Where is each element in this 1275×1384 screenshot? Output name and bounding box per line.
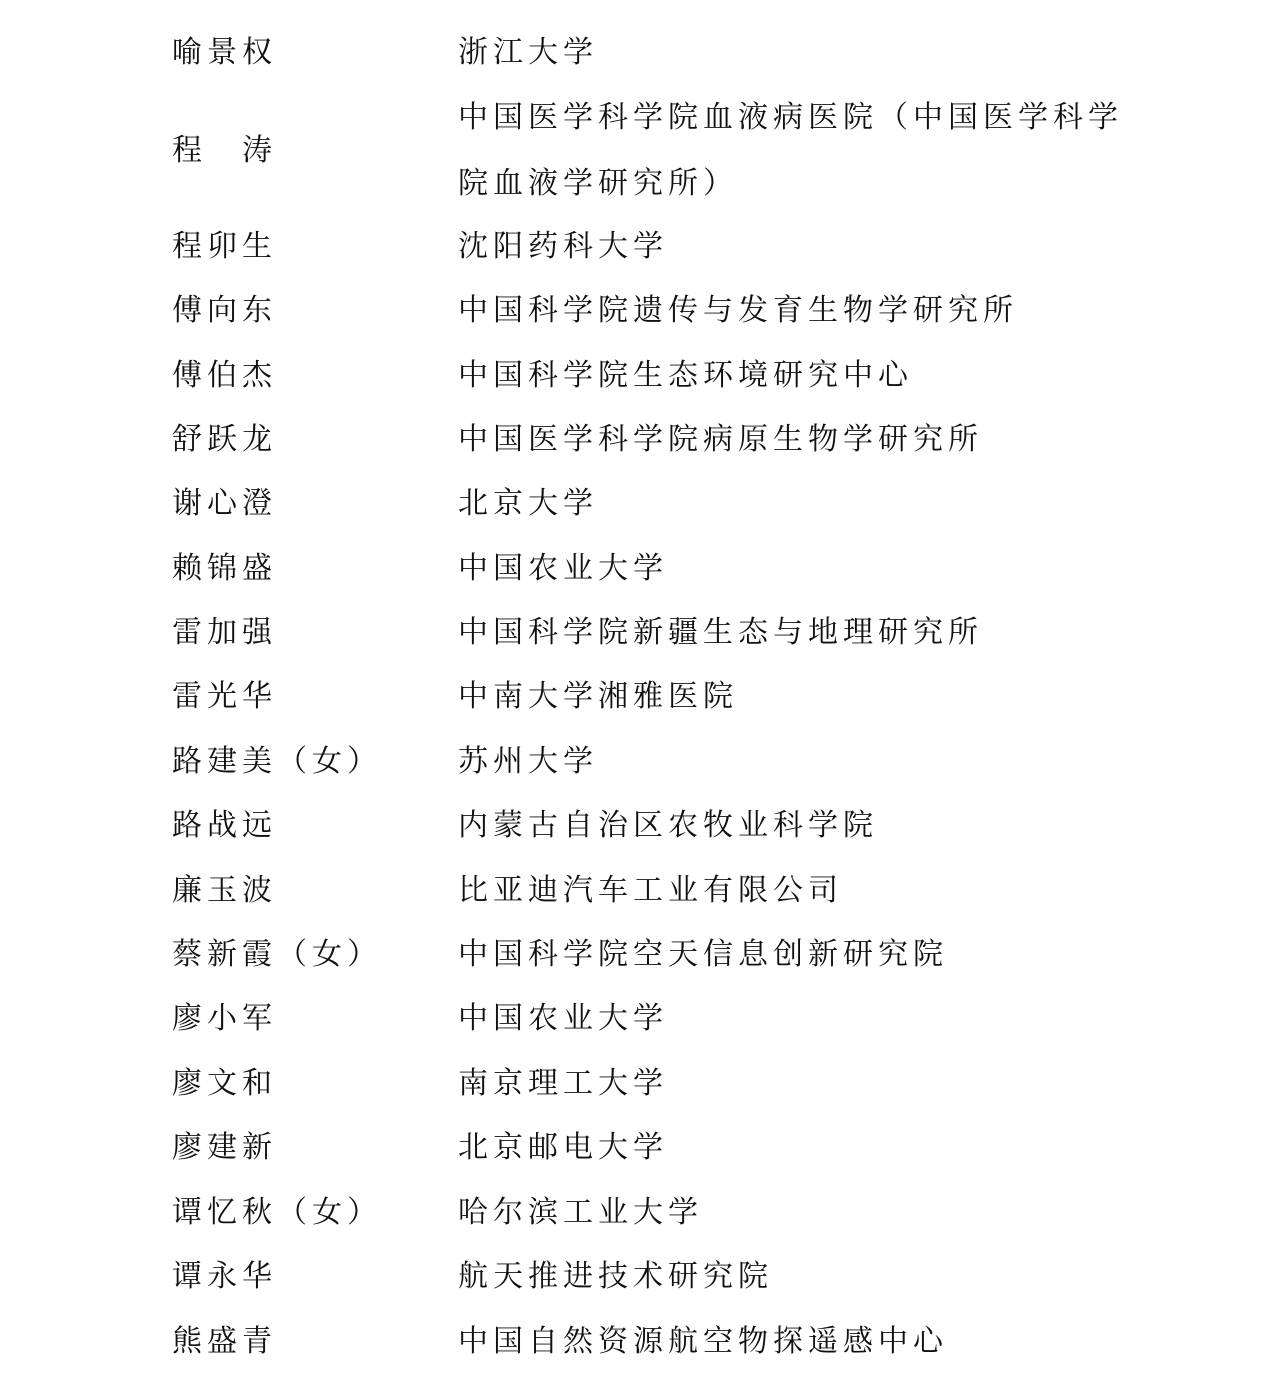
person-name: 熊盛青 (172, 1322, 277, 1362)
institution-name: 内蒙古自治区农牧业科学院 (458, 806, 878, 846)
institution-name: 南京理工大学 (458, 1064, 668, 1104)
institution-name: 中国科学院空天信息创新研究院 (458, 935, 948, 975)
institution-name: 哈尔滨工业大学 (458, 1193, 703, 1233)
institution-name: 中国科学院遗传与发育生物学研究所 (458, 291, 1018, 331)
person-name: 路建美（女） (172, 742, 382, 782)
person-name: 廉玉波 (172, 871, 277, 911)
person-name: 廖文和 (172, 1064, 277, 1104)
person-name: 廖小军 (172, 999, 277, 1039)
person-name: 廖建新 (172, 1128, 277, 1168)
institution-name: 苏州大学 (458, 742, 598, 782)
institution-name: 比亚迪汽车工业有限公司 (458, 871, 843, 911)
institution-name: 中国医学科学院血液病医院（中国医学科学 (458, 98, 1123, 138)
person-name: 程卯生 (172, 227, 277, 267)
person-name: 路战远 (172, 806, 277, 846)
person-name: 舒跃龙 (172, 420, 277, 460)
person-name: 傅向东 (172, 291, 277, 331)
institution-name: 中国科学院生态环境研究中心 (458, 356, 913, 396)
person-name: 谭忆秋（女） (172, 1193, 382, 1233)
institution-name: 北京大学 (458, 484, 598, 524)
institution-name: 中南大学湘雅医院 (458, 677, 738, 717)
person-name: 赖锦盛 (172, 549, 277, 589)
person-name: 喻景权 (172, 33, 277, 73)
person-name: 谭永华 (172, 1257, 277, 1297)
institution-name: 中国自然资源航空物探遥感中心 (458, 1322, 948, 1362)
person-name: 程 涛 (172, 131, 277, 171)
institution-name: 航天推进技术研究院 (458, 1257, 773, 1297)
institution-name-continued: 院血液学研究所） (458, 164, 738, 204)
institution-name: 沈阳药科大学 (458, 227, 668, 267)
person-name: 雷光华 (172, 677, 277, 717)
person-name: 雷加强 (172, 613, 277, 653)
institution-name: 中国农业大学 (458, 999, 668, 1039)
institution-name: 中国农业大学 (458, 549, 668, 589)
institution-name: 浙江大学 (458, 33, 598, 73)
person-name: 蔡新霞（女） (172, 935, 382, 975)
person-name: 傅伯杰 (172, 356, 277, 396)
person-name: 谢心澄 (172, 484, 277, 524)
institution-name: 中国科学院新疆生态与地理研究所 (458, 613, 983, 653)
institution-name: 北京邮电大学 (458, 1128, 668, 1168)
institution-name: 中国医学科学院病原生物学研究所 (458, 420, 983, 460)
